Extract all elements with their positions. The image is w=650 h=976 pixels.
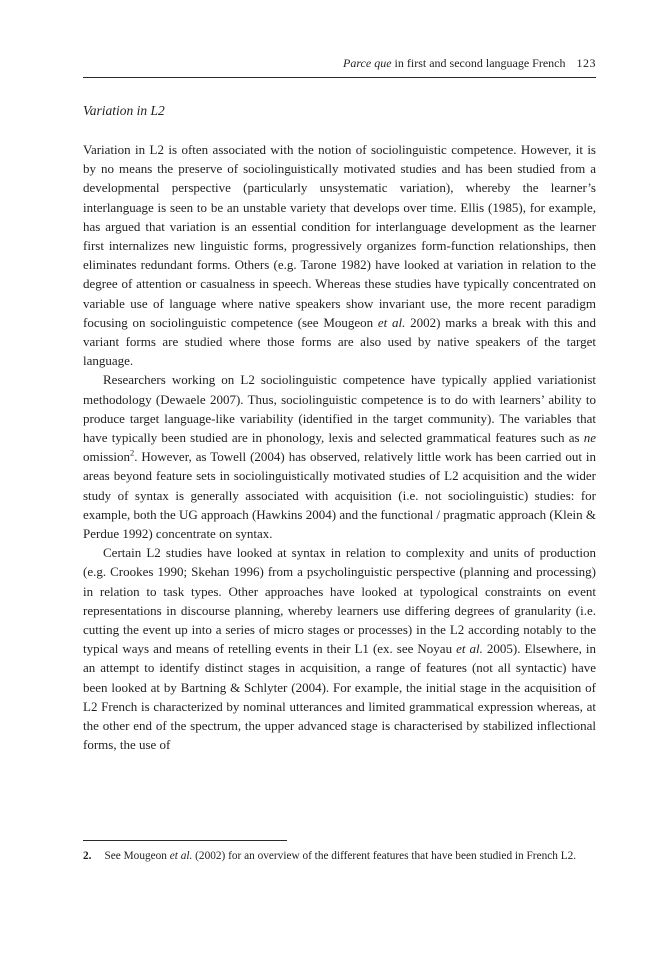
running-head-title: Parce que in first and second language F… <box>343 56 566 70</box>
text-segment: . However, as Towell (2004) has observed… <box>83 449 596 541</box>
text-segment: et al. <box>456 641 483 656</box>
paragraph: Researchers working on L2 sociolinguisti… <box>83 370 596 543</box>
section-heading: Variation in L2 <box>83 103 596 118</box>
footnote-marker: 2. <box>83 850 91 862</box>
footnote-body: See Mougeon et al. (2002) for an overvie… <box>104 850 576 862</box>
running-head-title-italic: Parce que <box>343 56 392 70</box>
text-segment: ne <box>584 430 596 445</box>
paragraph: Variation in L2 is often associated with… <box>83 140 596 370</box>
text-segment: (2002) for an overview of the different … <box>192 850 576 862</box>
running-head-title-rest: in first and second language French <box>392 56 566 70</box>
text-segment: Certain L2 studies have looked at syntax… <box>83 545 596 656</box>
body-text: Variation in L2 is often associated with… <box>83 140 596 755</box>
text-segment: See Mougeon <box>104 850 169 862</box>
text-segment: 2005). Elsewhere, in an attempt to ident… <box>83 641 596 752</box>
text-segment: Researchers working on L2 sociolinguisti… <box>83 372 596 445</box>
footnote: 2.See Mougeon et al. (2002) for an overv… <box>83 840 596 865</box>
footnote-text: 2.See Mougeon et al. (2002) for an overv… <box>83 848 596 865</box>
text-block: Parce que in first and second language F… <box>83 0 596 755</box>
book-page: Parce que in first and second language F… <box>0 0 650 976</box>
page-number: 123 <box>577 56 597 70</box>
text-segment: et al. <box>170 850 193 862</box>
text-segment: Variation in L2 is often associated with… <box>83 142 596 330</box>
text-segment: omission <box>83 449 130 464</box>
text-segment: et al. <box>378 315 406 330</box>
paragraph: Certain L2 studies have looked at syntax… <box>83 543 596 754</box>
running-head: Parce que in first and second language F… <box>83 56 596 78</box>
footnote-rule <box>83 840 287 841</box>
